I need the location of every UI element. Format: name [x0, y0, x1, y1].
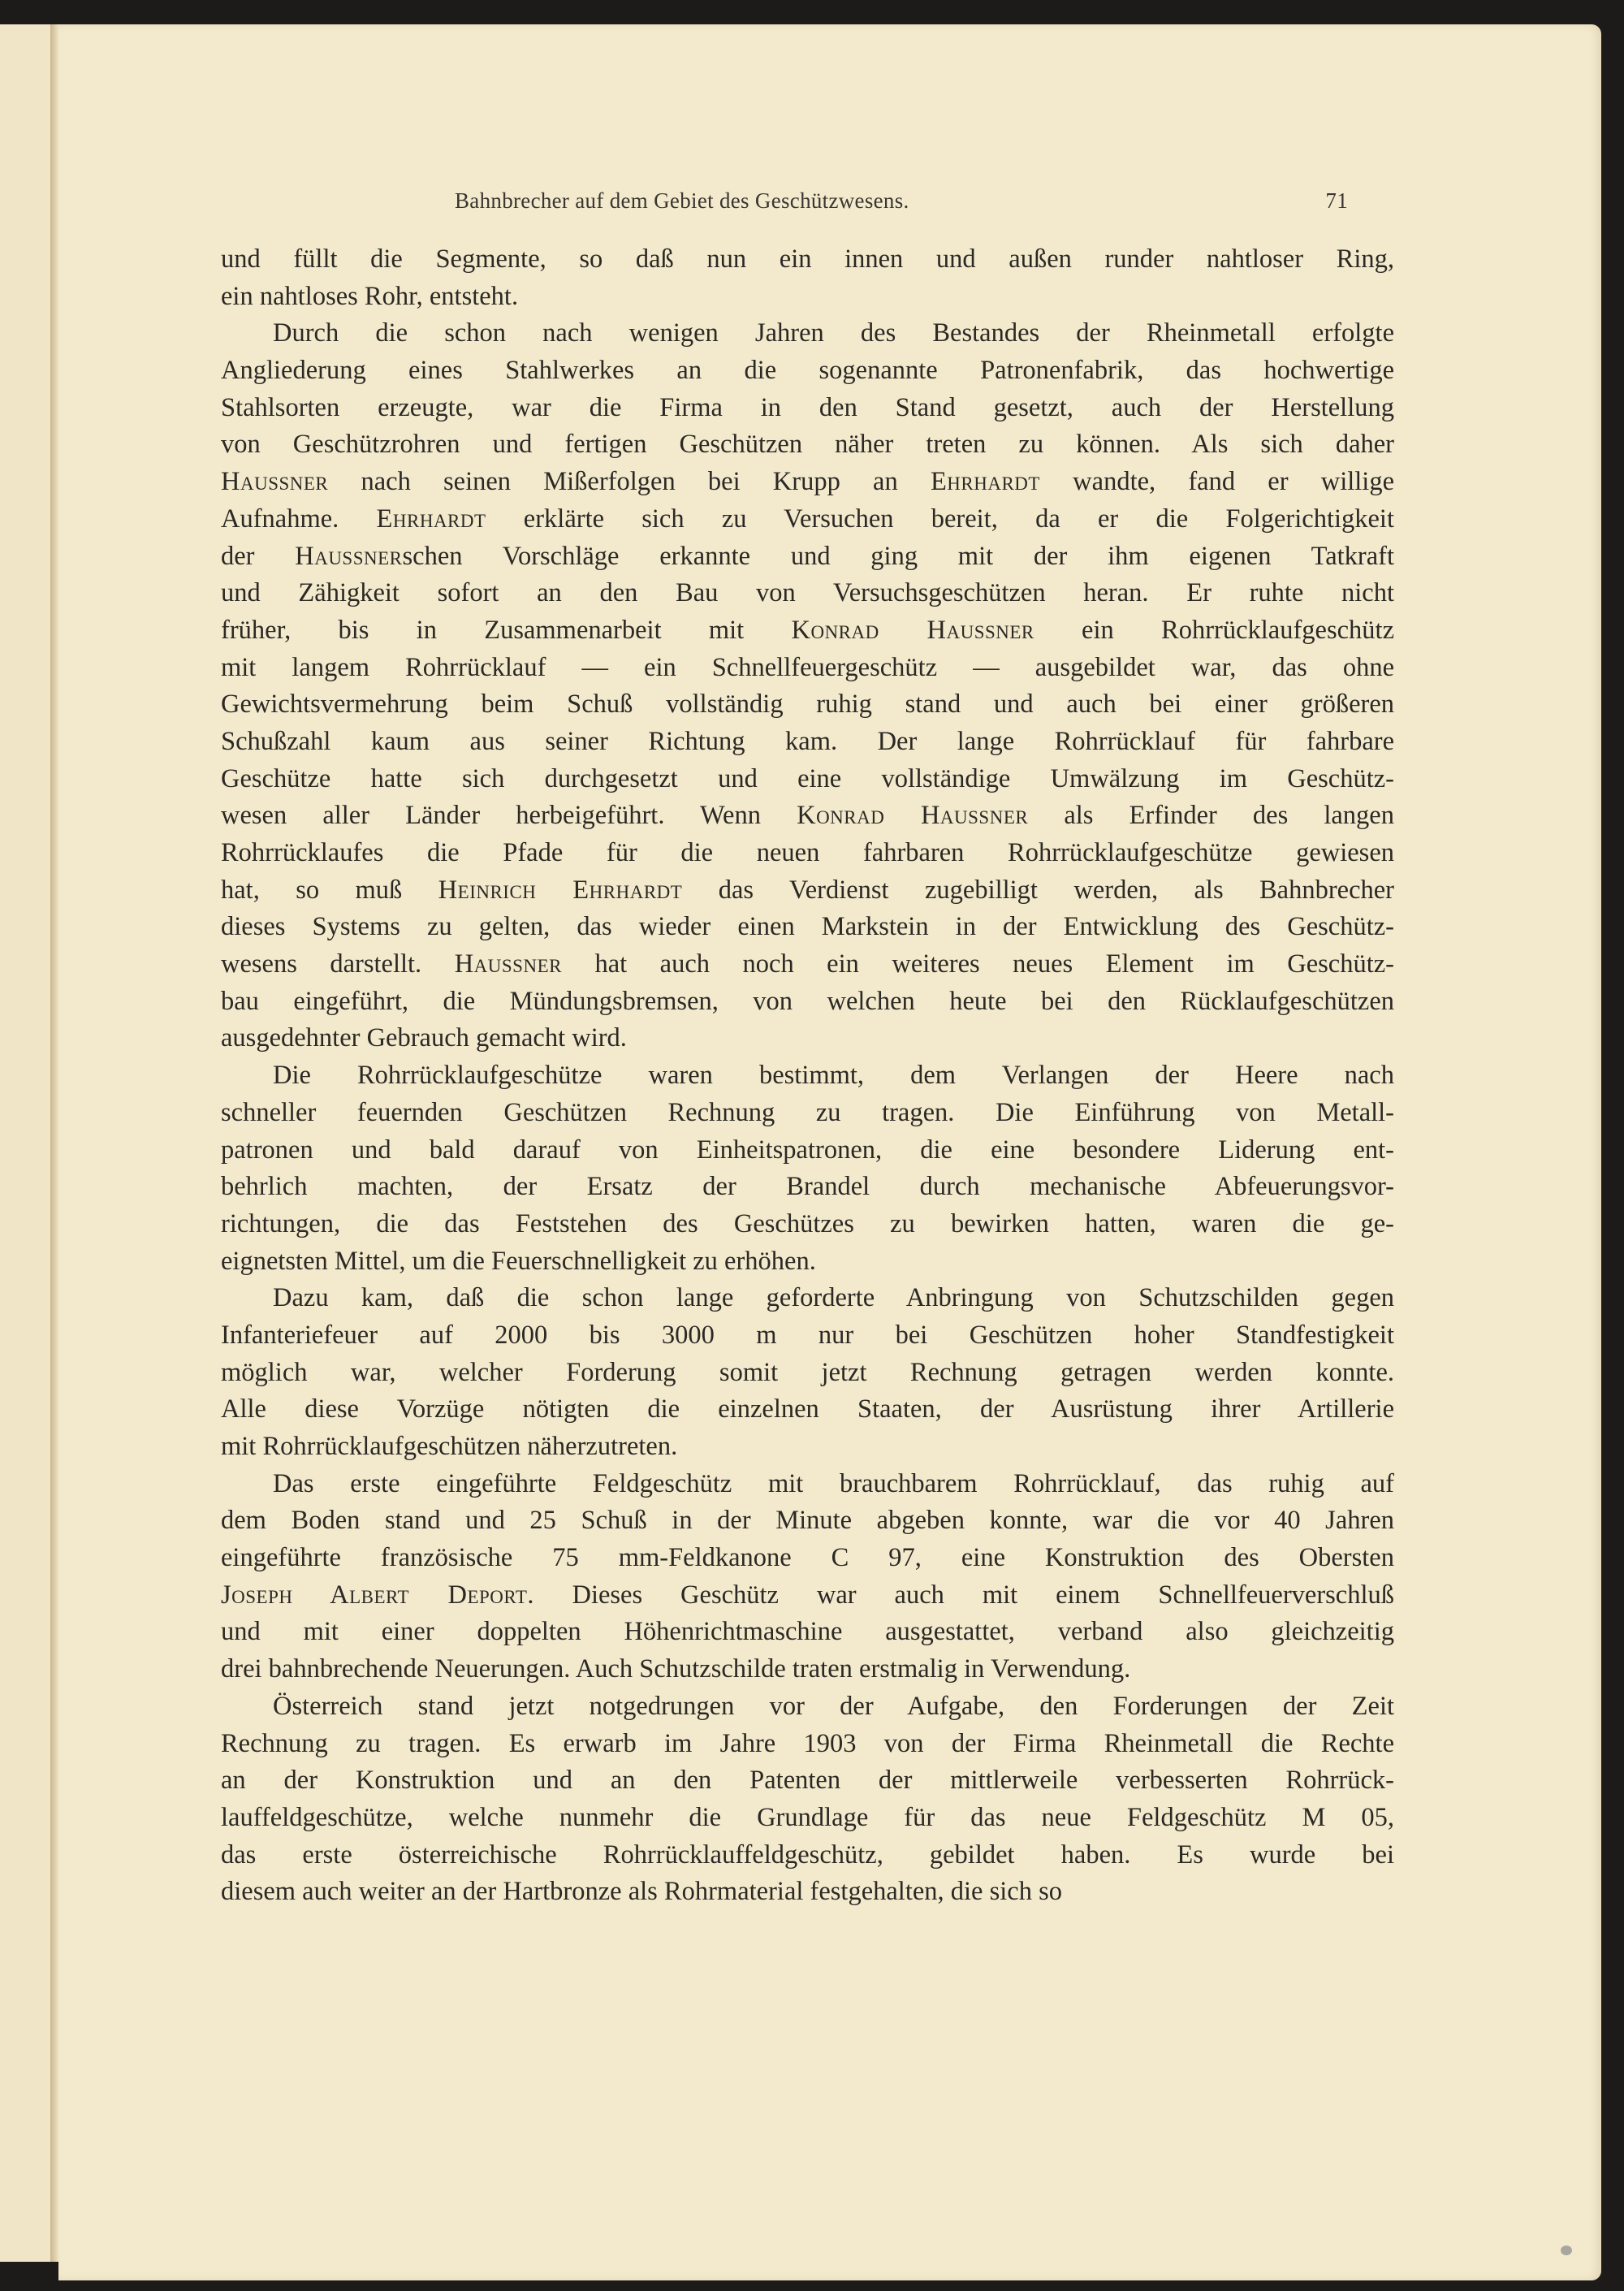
text-line: Alle diese Vorzüge nötigten die einzelne…	[221, 1391, 1394, 1429]
running-head-title: Bahnbrecher auf dem Gebiet des Geschützw…	[455, 188, 909, 213]
paragraph: Das erste eingeführte Feldgeschütz mit b…	[221, 1466, 1394, 1688]
previous-page-edge	[0, 24, 53, 2262]
text-line: hat, so muß Heinrich Ehrhardt das Verdie…	[221, 872, 1394, 910]
text-line: patronen und bald darauf von Einheitspat…	[221, 1132, 1394, 1169]
text-line: Das erste eingeführte Feldgeschütz mit b…	[221, 1466, 1394, 1503]
text-line: früher, bis in Zusammenarbeit mit Konrad…	[221, 612, 1394, 650]
text-line: Aufnahme. Ehrhardt erklärte sich zu Vers…	[221, 501, 1394, 538]
text-line: Österreich stand jetzt notgedrungen vor …	[221, 1688, 1394, 1726]
text-line: ein nahtloses Rohr, entsteht.	[221, 279, 1394, 316]
text-line: Haussner nach seinen Mißerfolgen bei Kru…	[221, 464, 1394, 501]
paper-speck	[1561, 2246, 1572, 2255]
paragraph: und füllt die Segmente, so daß nun ein i…	[221, 241, 1394, 315]
text-line: eignetsten Mittel, um die Feuerschnellig…	[221, 1243, 1394, 1281]
text-line: Stahlsorten erzeugte, war die Firma in d…	[221, 390, 1394, 427]
person-name: Haussner	[295, 542, 402, 571]
text-line: Dazu kam, daß die schon lange geforderte…	[221, 1280, 1394, 1317]
text-line: ausgedehnter Gebrauch gemacht wird.	[221, 1020, 1394, 1057]
text-line: Infanteriefeuer auf 2000 bis 3000 m nur …	[221, 1317, 1394, 1355]
paragraph: Die Rohrrücklaufgeschütze waren bestimmt…	[221, 1057, 1394, 1280]
person-name: Konrad Haussner	[797, 801, 1028, 830]
text-line: Die Rohrrücklaufgeschütze waren bestimmt…	[221, 1057, 1394, 1095]
person-name: Haussner	[221, 467, 328, 496]
person-name: Ehrhardt	[377, 504, 486, 534]
text-line: dem Boden stand und 25 Schuß in der Minu…	[221, 1502, 1394, 1540]
book-spine-shadow	[50, 24, 58, 2262]
text-line: wesen aller Länder herbeigeführt. Wenn K…	[221, 798, 1394, 835]
text-line: Geschütze hatte sich durchgesetzt und ei…	[221, 761, 1394, 798]
text-line: Joseph Albert Deport. Dieses Geschütz wa…	[221, 1577, 1394, 1615]
text-line: richtungen, die das Feststehen des Gesch…	[221, 1206, 1394, 1243]
person-name: Konrad Haussner	[791, 616, 1034, 645]
text-line: möglich war, welcher Forderung somit jet…	[221, 1355, 1394, 1392]
text-line: mit Rohrrücklaufgeschützen näherzutreten…	[221, 1429, 1394, 1466]
text-line: Rohrrücklaufes die Pfade für die neuen f…	[221, 835, 1394, 872]
text-line: an der Konstruktion und an den Patenten …	[221, 1762, 1394, 1800]
text-line: behrlich machten, der Ersatz der Brandel…	[221, 1169, 1394, 1206]
text-line: und füllt die Segmente, so daß nun ein i…	[221, 241, 1394, 279]
text-line: Angliederung eines Stahlwerkes an die so…	[221, 352, 1394, 390]
text-line: drei bahnbrechende Neuerungen. Auch Schu…	[221, 1651, 1394, 1688]
scanned-book-page: Bahnbrecher auf dem Gebiet des Geschützw…	[0, 0, 1624, 2291]
text-line: diesem auch weiter an der Hartbronze als…	[221, 1874, 1394, 1911]
page-number: 71	[1325, 188, 1348, 214]
text-line: Rechnung zu tragen. Es erwarb im Jahre 1…	[221, 1726, 1394, 1763]
text-line: Gewichtsvermehrung beim Schuß vollständi…	[221, 686, 1394, 724]
text-line: mit langem Rohrrücklauf — ein Schnellfeu…	[221, 650, 1394, 687]
running-head: Bahnbrecher auf dem Gebiet des Geschützw…	[455, 188, 1348, 214]
text-line: dieses Systems zu gelten, das wieder ein…	[221, 909, 1394, 946]
body-text: und füllt die Segmente, so daß nun ein i…	[221, 241, 1394, 1911]
text-line: schneller feuernden Geschützen Rechnung …	[221, 1095, 1394, 1132]
text-line: eingeführte französische 75 mm-Feldkanon…	[221, 1540, 1394, 1577]
person-name: Haussner	[455, 949, 562, 979]
person-name: Heinrich Ehrhardt	[438, 875, 683, 905]
text-line: von Geschützrohren und fertigen Geschütz…	[221, 426, 1394, 464]
paragraph: Durch die schon nach wenigen Jahren des …	[221, 315, 1394, 1057]
text-line: wesens darstellt. Haussner hat auch noch…	[221, 946, 1394, 983]
text-line: Schußzahl kaum aus seiner Richtung kam. …	[221, 724, 1394, 761]
text-line: und mit einer doppelten Höhenrichtmaschi…	[221, 1614, 1394, 1651]
paragraph: Österreich stand jetzt notgedrungen vor …	[221, 1688, 1394, 1911]
text-line: lauffeldgeschütze, welche nunmehr die Gr…	[221, 1800, 1394, 1837]
text-line: das erste österreichische Rohrrücklauffe…	[221, 1837, 1394, 1874]
person-name: Ehrhardt	[931, 467, 1040, 496]
text-line: der Haussnerschen Vorschläge erkannte un…	[221, 538, 1394, 576]
text-line: und Zähigkeit sofort an den Bau von Vers…	[221, 575, 1394, 612]
text-line: bau eingeführt, die Mündungsbremsen, von…	[221, 983, 1394, 1021]
text-line: Durch die schon nach wenigen Jahren des …	[221, 315, 1394, 352]
person-name: Joseph Albert Deport	[221, 1580, 527, 1610]
paragraph: Dazu kam, daß die schon lange geforderte…	[221, 1280, 1394, 1465]
